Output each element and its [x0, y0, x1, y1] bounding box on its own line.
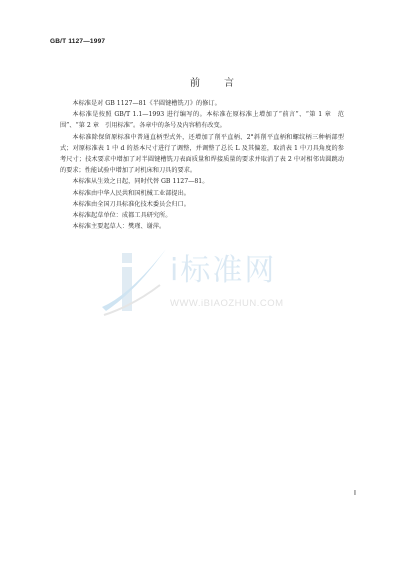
paragraph-effective: 本标准从生效之日起，同时代替 GB 1127—81。 [60, 176, 344, 187]
watermark-logo-icon [100, 245, 170, 325]
paragraph-changes: 本标准除保留原标准中普通直柄型式外，还增加了削平直柄、2°斜削平直柄和螺纹柄三种… [60, 132, 344, 177]
watermark: i标准网 WWW.iBIAOZHUN.COM [100, 245, 360, 325]
page-number: I [354, 490, 356, 497]
paragraph-drafting-unit: 本标准起草单位：成都工具研究所。 [60, 210, 344, 221]
paragraph-drafting: 本标准是按照 GB/T 1.1—1993 进行编写的。本标准在原标准上增加了“前… [60, 109, 344, 131]
watermark-url: WWW.iBIAOZHUN.COM [170, 298, 284, 309]
paragraph-drafters: 本标准主要起草人：樊瑾、谢萍。 [60, 221, 344, 232]
paragraph-proposer: 本标准由中华人民共和国机械工业部提出。 [60, 188, 344, 199]
foreword-body: 本标准是对 GB 1127—81《半圆键槽铣刀》的修订。 本标准是按照 GB/T… [60, 98, 344, 232]
paragraph-revision: 本标准是对 GB 1127—81《半圆键槽铣刀》的修订。 [60, 98, 344, 109]
standard-code: GB/T 1127—1997 [50, 38, 105, 45]
paragraph-committee: 本标准由全国刀具标准化技术委员会归口。 [60, 199, 344, 210]
page-title: 前言 [0, 74, 400, 89]
watermark-brand: i标准网 [170, 245, 276, 289]
